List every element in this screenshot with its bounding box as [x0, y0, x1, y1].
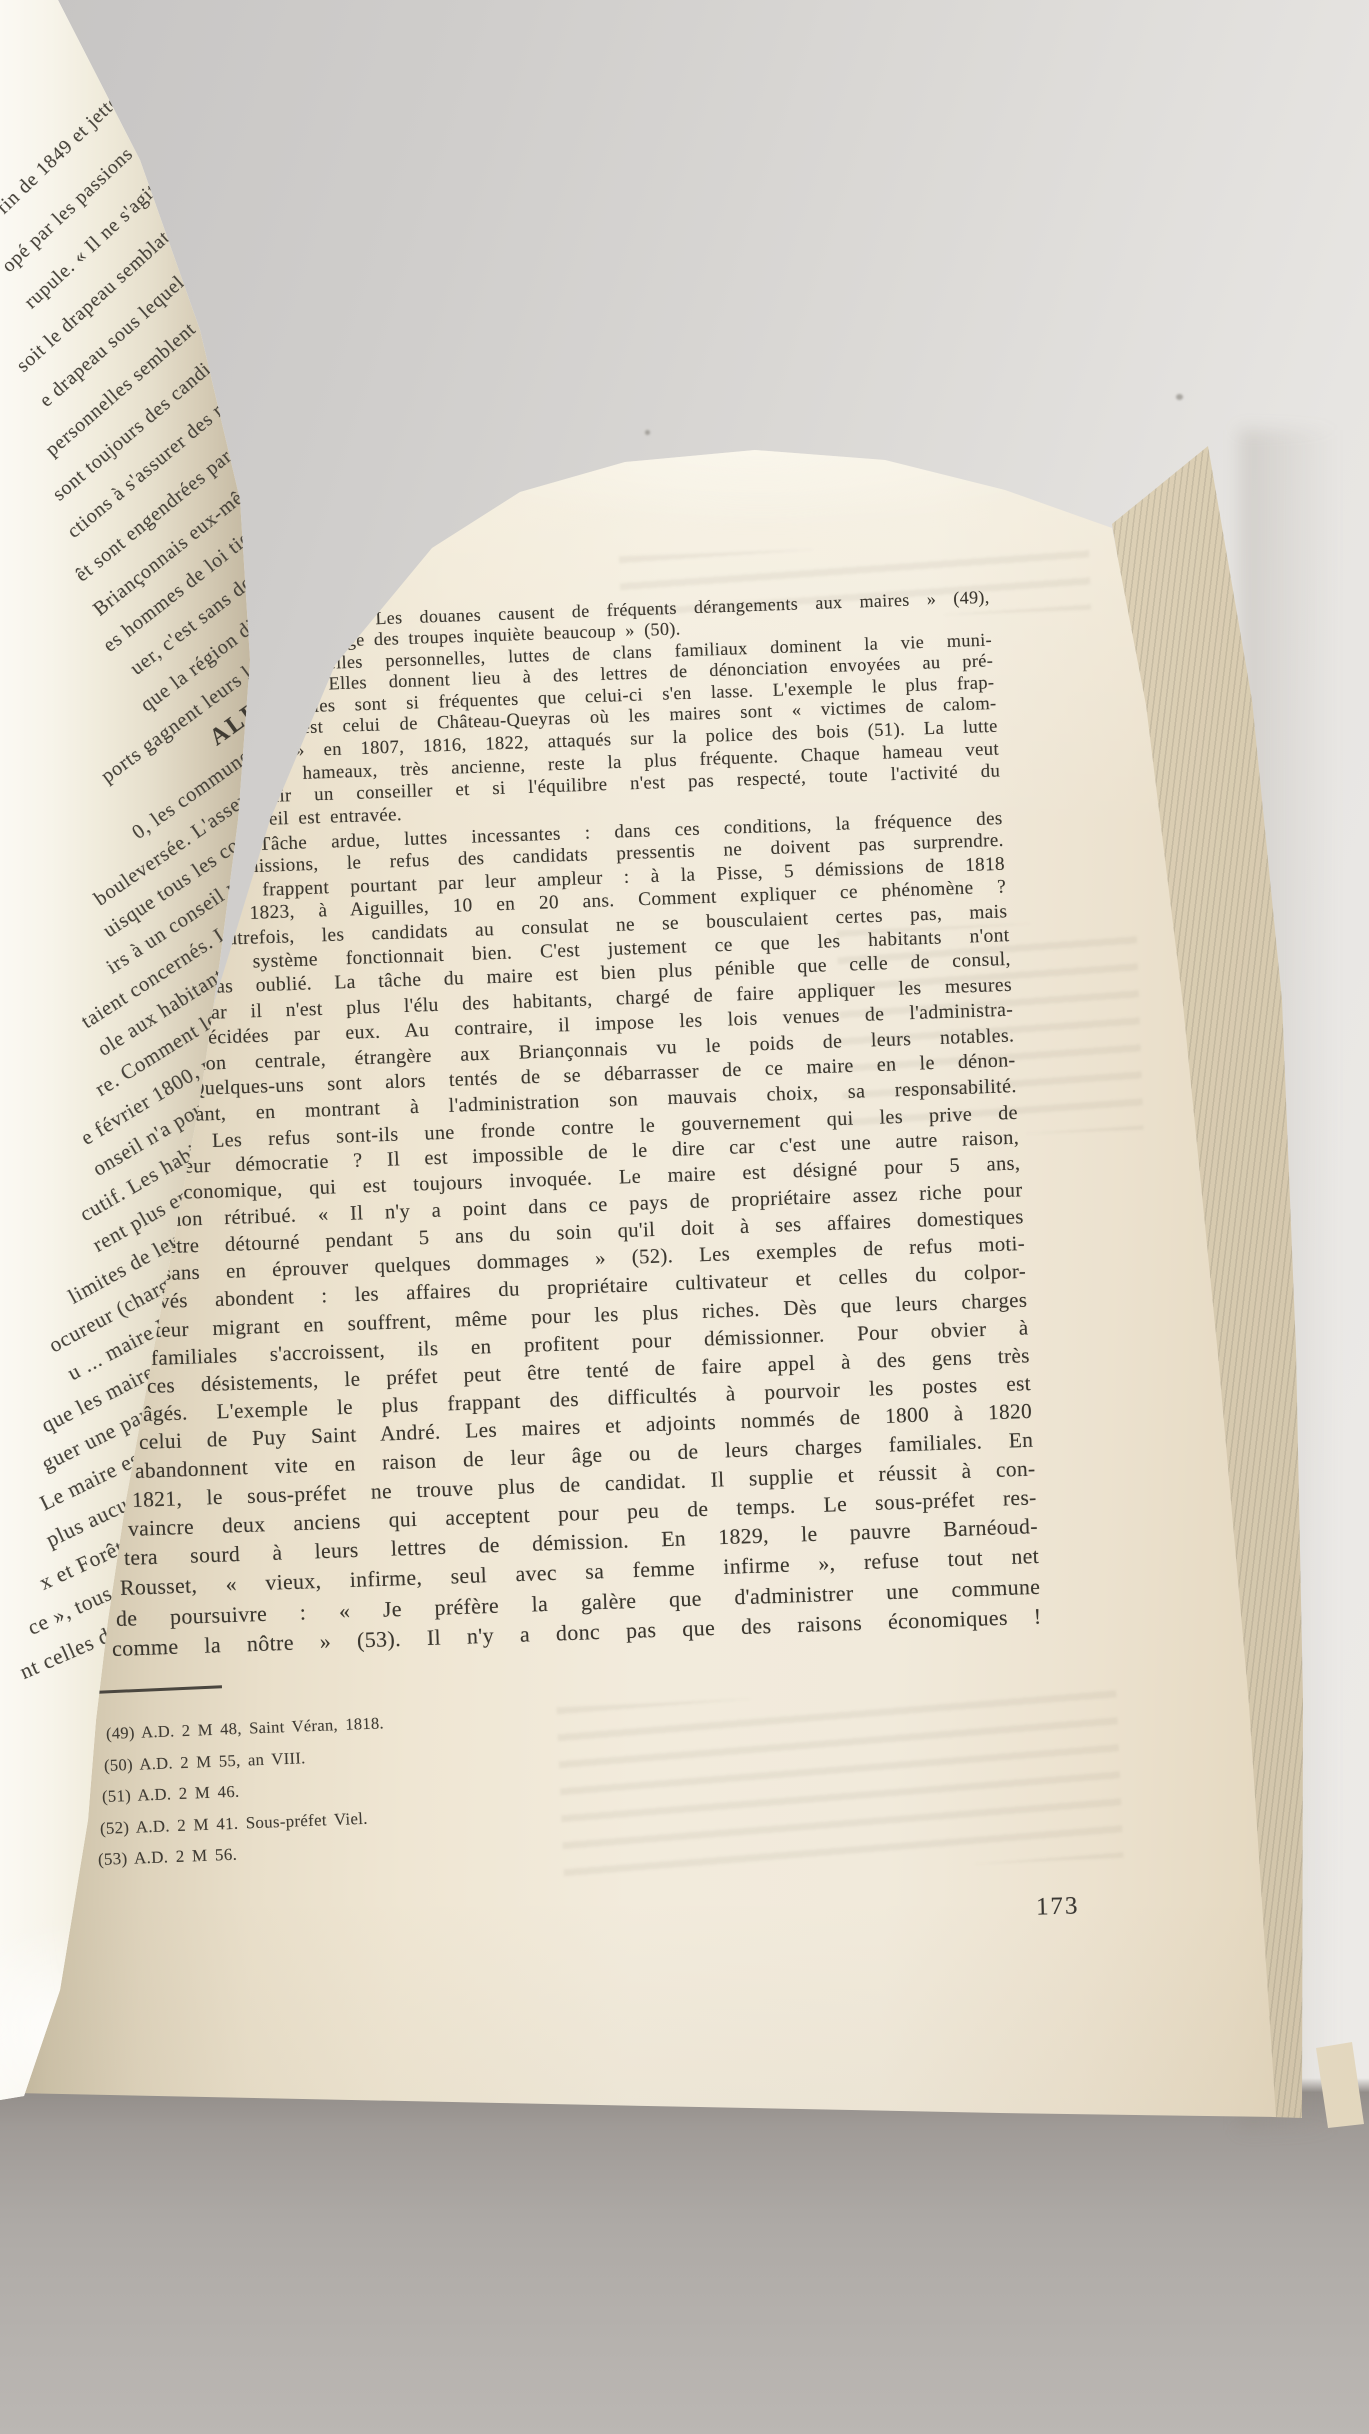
cast-shadow-under-book — [0, 2078, 1369, 2434]
wall-mark — [645, 430, 650, 435]
page-top-highlight — [380, 330, 1140, 530]
wall-mark — [1176, 394, 1183, 400]
page-number: 173 — [1036, 1892, 1080, 1921]
ink-bleedthrough — [556, 1683, 1123, 1882]
book-photo-scene: tières : « Les douanes causent de fréque… — [0, 0, 1369, 2434]
